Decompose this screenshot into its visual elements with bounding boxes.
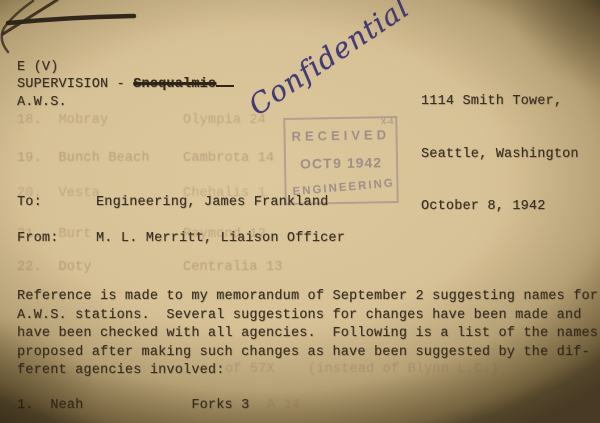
- bleedthrough-line: A 14: [267, 398, 300, 413]
- body-line: Reference is made to my memorandum of Se…: [17, 288, 598, 307]
- body-line: proposed after making such changes as ha…: [17, 344, 598, 363]
- memo-page: 18. Mobray Olympia 24 19. Bunch Beach Ca…: [0, 0, 600, 423]
- date-line: October 8, 1942: [421, 198, 579, 216]
- to-label: To:: [17, 194, 96, 212]
- stamp-code: X-4: [381, 117, 394, 126]
- body-line: A.W.S. stations. Several suggestions for…: [17, 307, 598, 326]
- pen-scribble-mark: [0, 0, 160, 100]
- to-value: Engineering, James Frankland: [96, 195, 328, 210]
- bleedthrough-line: 22. Doty Centralia 13: [17, 260, 283, 275]
- from-label: From:: [17, 230, 96, 248]
- stamp-date-rest: 9 1942: [333, 154, 382, 171]
- body-line: have been checked with all agencies. Fol…: [17, 325, 598, 344]
- confidential-handwriting: Confidential: [243, 0, 416, 122]
- from-row: From:M. L. Merritt, Liaison Officer: [17, 230, 345, 248]
- station-list-item-1: 1. Neah Forks 3: [17, 397, 249, 415]
- stamp-received-text: RECEIVED: [291, 127, 389, 144]
- address-line-2: Seattle, Washington: [421, 146, 579, 164]
- address-line-1: 1114 Smith Tower,: [421, 93, 579, 111]
- bleedthrough-line: 18. Mobray Olympia 24: [17, 113, 266, 128]
- stamp-date: OCT 9 1942: [292, 154, 390, 172]
- bleedthrough-line: 19. Bunch Beach Cambrota 14: [17, 151, 274, 166]
- from-value: M. L. Merritt, Liaison Officer: [96, 231, 345, 246]
- body-line: ferent agencies involved:: [17, 362, 598, 381]
- received-stamp: X-4 RECEIVED OCT 9 1942 ENGINEERING: [283, 116, 399, 205]
- body-paragraph: Reference is made to my memorandum of Se…: [17, 288, 598, 381]
- stamp-date-month: OCT: [300, 155, 333, 172]
- to-row: To:Engineering, James Frankland: [17, 194, 328, 212]
- address-block: 1114 Smith Tower, Seattle, Washington Oc…: [421, 58, 579, 251]
